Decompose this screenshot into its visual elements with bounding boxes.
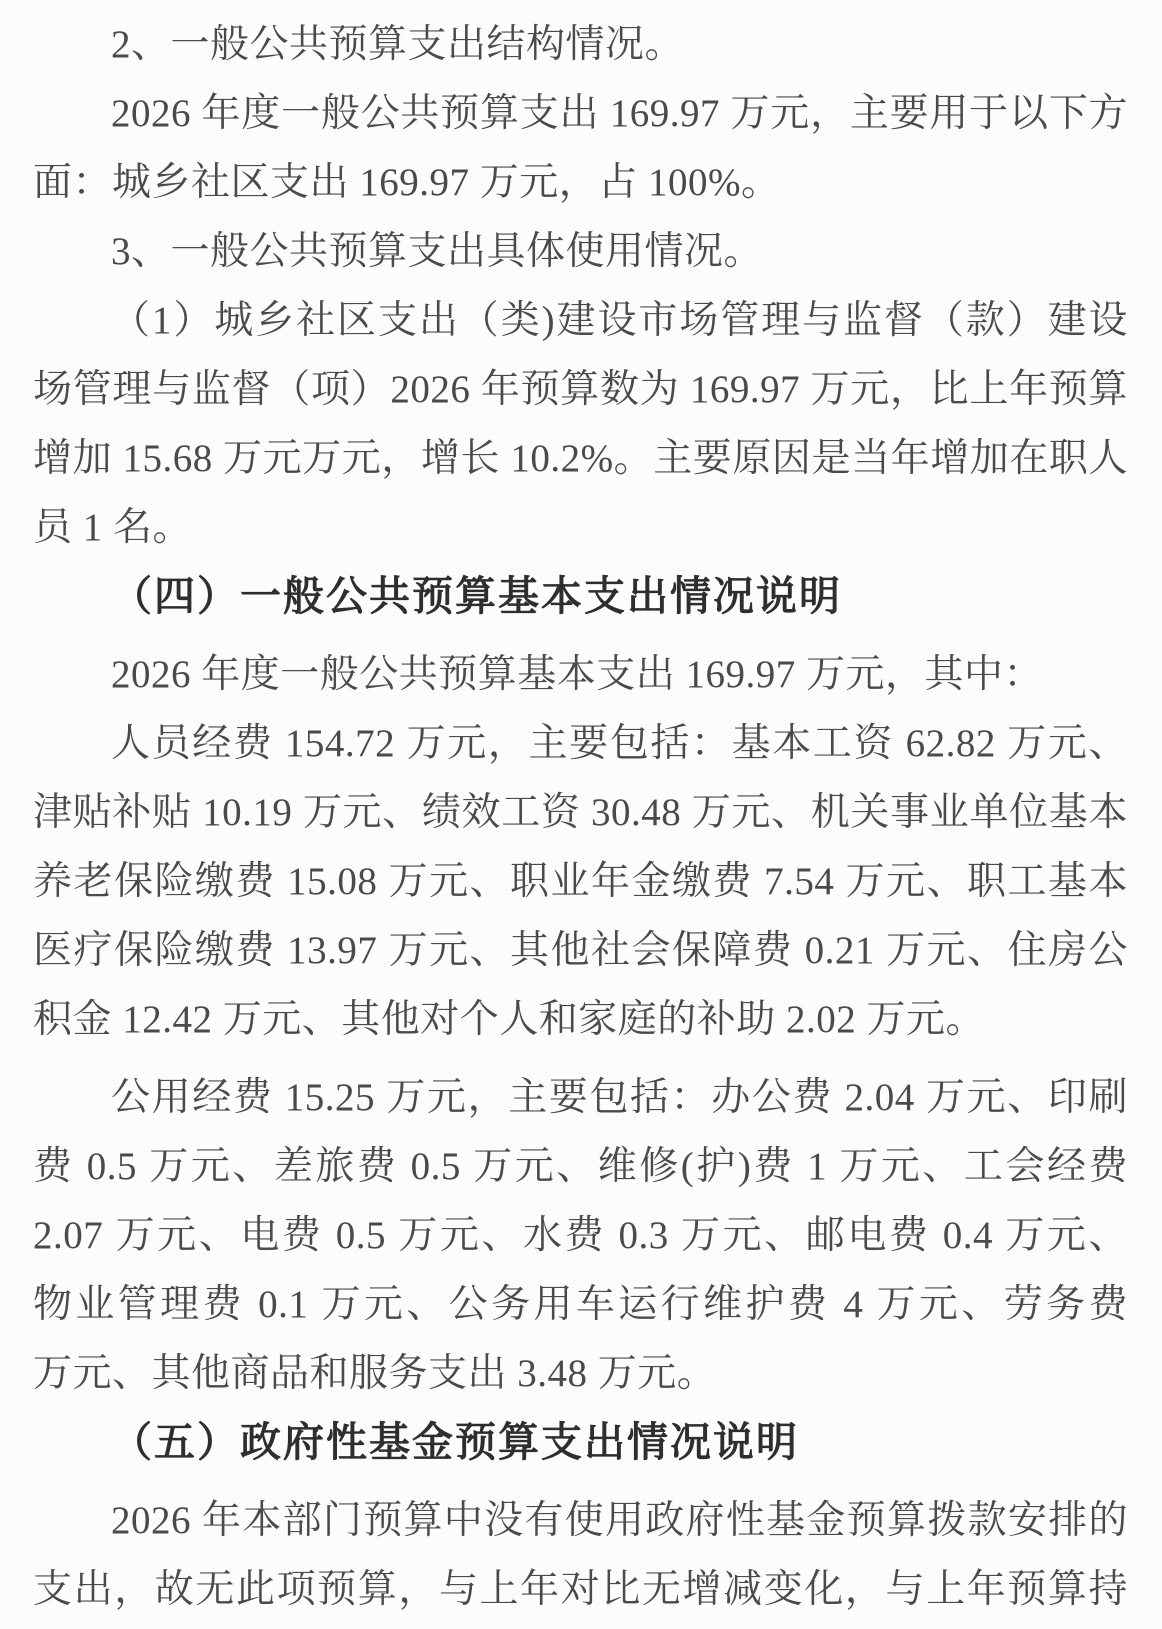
document-page: 2、一般公共预算支出结构情况。 2026 年度一般公共预算支出 169.97 万… bbox=[0, 0, 1162, 1629]
doc-line: 万元、其他商品和服务支出 3.48 万元。 bbox=[33, 1339, 1128, 1408]
doc-line: 3、一般公共预算支出具体使用情况。 bbox=[33, 217, 1128, 286]
doc-line: 2026 年度一般公共预算基本支出 169.97 万元，其中： bbox=[33, 640, 1128, 709]
doc-line: 面：城乡社区支出 169.97 万元，占 100%。 bbox=[33, 148, 1128, 217]
doc-line: 员 1 名。 bbox=[33, 493, 1128, 562]
doc-line: 积金 12.42 万元、其他对个人和家庭的补助 2.02 万元。 bbox=[33, 985, 1128, 1054]
doc-line: 2026 年度一般公共预算支出 169.97 万元，主要用于以下方 bbox=[33, 79, 1128, 148]
section-heading-five: （五）政府性基金预算支出情况说明 bbox=[33, 1408, 1128, 1477]
doc-line: 物业管理费 0.1 万元、公务用车运行维护费 4 万元、劳务费 0.36 bbox=[33, 1270, 1128, 1339]
doc-line: 养老保险缴费 15.08 万元、职业年金缴费 7.54 万元、职工基本 bbox=[33, 847, 1128, 916]
doc-line: 2、一般公共预算支出结构情况。 bbox=[33, 10, 1128, 79]
doc-line: 2026 年本部门预算中没有使用政府性基金预算拨款安排的 bbox=[33, 1486, 1128, 1555]
doc-line: 支出，故无此项预算，与上年对比无增减变化，与上年预算持平。 bbox=[33, 1555, 1128, 1624]
doc-line: （1）城乡社区支出（类)建设市场管理与监督（款）建设市 bbox=[33, 286, 1128, 355]
doc-line: 场管理与监督（项）2026 年预算数为 169.97 万元，比上年预算 bbox=[33, 355, 1128, 424]
doc-line: 人员经费 154.72 万元，主要包括：基本工资 62.82 万元、 bbox=[33, 709, 1128, 778]
doc-line: 费 0.5 万元、差旅费 0.5 万元、维修(护)费 1 万元、工会经费 bbox=[33, 1132, 1128, 1201]
section-heading-four: （四）一般公共预算基本支出情况说明 bbox=[33, 562, 1128, 631]
doc-line: 医疗保险缴费 13.97 万元、其他社会保障费 0.21 万元、住房公 bbox=[33, 916, 1128, 985]
doc-line: 2.07 万元、电费 0.5 万元、水费 0.3 万元、邮电费 0.4 万元、 bbox=[33, 1201, 1128, 1270]
doc-line: 公用经费 15.25 万元，主要包括：办公费 2.04 万元、印刷 bbox=[33, 1063, 1128, 1132]
doc-line: 增加 15.68 万元万元，增长 10.2%。主要原因是当年增加在职人 bbox=[33, 424, 1128, 493]
doc-line: 津贴补贴 10.19 万元、绩效工资 30.48 万元、机关事业单位基本 bbox=[33, 778, 1128, 847]
